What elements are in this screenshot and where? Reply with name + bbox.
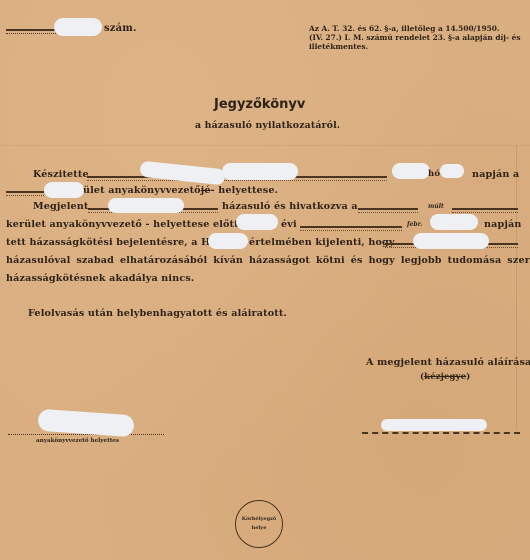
stamp-line2: helye	[252, 524, 267, 533]
redacted-preparer-2	[222, 163, 298, 180]
signature-sublabel: (kézjegye)	[420, 372, 470, 382]
document-title: Jegyzőkönyv	[214, 97, 305, 112]
registrar-text: ület anyakönyvvezetőjé- helyettese.	[83, 185, 278, 196]
fiance-text: házasuló és hivatkozva a	[222, 201, 358, 212]
stamp-circle: Körbélyegző helye	[235, 500, 283, 548]
marriage-notice-text: tett házasságkötési bejelentésre, a Htvr	[6, 237, 226, 248]
number-label: szám.	[104, 23, 137, 34]
struck-suffix: jé	[201, 185, 211, 196]
paper-fold-vertical	[516, 145, 517, 430]
redacted-year	[236, 214, 278, 230]
registrar-before-text: kerület anyakönyvvezető - helyettese elő…	[6, 219, 254, 230]
last-label: múlt	[428, 203, 444, 210]
closing-text: Felolvasás után helybenhagyatott és alái…	[28, 308, 287, 319]
date-line-1	[358, 208, 418, 210]
redacted-name	[108, 198, 184, 213]
paper-fold-horizontal	[0, 145, 530, 146]
signature-line-left[interactable]	[8, 434, 164, 435]
on-day-label: napján	[484, 219, 521, 230]
appeared-label: Megjelent	[33, 201, 89, 212]
redacted-month	[392, 163, 430, 179]
signature-label: A megjelent házasuló aláírása	[366, 357, 530, 368]
redacted-partner	[413, 233, 489, 249]
registrar-caption: anyakönyvvezető helyettes	[36, 438, 119, 444]
declares-text: értelmében kijelenti, hogy	[249, 237, 395, 248]
legal-note-line3: illetékmentes.	[309, 42, 368, 51]
district-line	[6, 191, 44, 193]
date-line-2	[452, 208, 518, 210]
legal-note-line1: Az A. T. 32. és 62. §-a, illetőleg a 14.…	[309, 24, 499, 33]
redacted-preparer	[139, 161, 225, 186]
struck-sublabel: kézjegye	[424, 372, 466, 382]
redacted-law-ref	[208, 233, 248, 249]
redacted-number	[54, 18, 102, 36]
redacted-signature-right	[381, 419, 487, 431]
legal-note-line2: (IV. 27.) I. M. számú rendelet 23. §-a a…	[309, 33, 521, 42]
year-label: évi	[281, 219, 297, 230]
no-obstacle-text: házasságkötésnek akadálya nincs.	[6, 273, 194, 284]
redacted-day-2	[430, 214, 478, 230]
redacted-district	[44, 182, 84, 198]
year-line	[300, 226, 402, 228]
stamp-line1: Körbélyegző	[242, 515, 277, 524]
document-subtitle: a házasuló nyilatkozatáról.	[195, 120, 340, 131]
document-page: szám. Az A. T. 32. és 62. §-a, illetőleg…	[0, 0, 530, 560]
feb-label: febr.	[407, 221, 422, 228]
redacted-day	[440, 164, 464, 178]
day-suffix: napján a	[472, 169, 519, 180]
prepared-by-label: Készitette	[33, 169, 89, 180]
signature-line-right[interactable]	[362, 432, 520, 434]
free-will-text: házasulóval szabad elhatározásából kíván…	[6, 255, 530, 266]
month-label: hó	[428, 169, 440, 179]
